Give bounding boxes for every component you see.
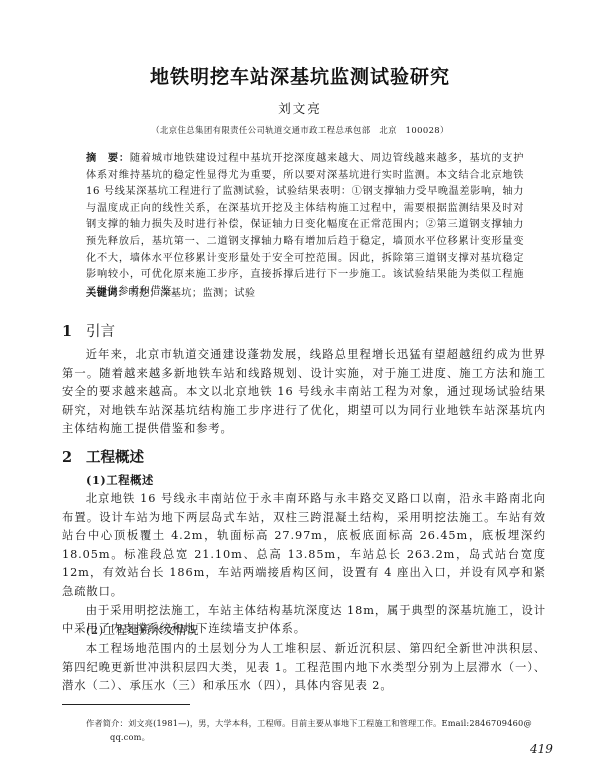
section-title: 工程概述 <box>86 450 144 466</box>
subsection-heading: (2)工程地质水文情况 <box>86 622 199 638</box>
footnote-continuation: qq.com。 <box>86 730 556 744</box>
author-affiliation: （北京住总集团有限责任公司轨道交通市政工程总承包部 北京 100028） <box>0 124 600 136</box>
section-number: 2 <box>62 449 86 466</box>
keywords: 关键词：明挖；深基坑；监测；试验 <box>86 284 524 299</box>
author-name: 刘文亮 <box>0 99 600 117</box>
section-heading-project-overview: 2工程概述 <box>62 446 144 467</box>
section-number: 1 <box>62 323 86 340</box>
footnote: 作者简介：刘文亮(1981—)，男，大学本科，工程师。目前主要从事地下工程施工和… <box>86 716 556 744</box>
paragraph: 北京地铁 16 号线永丰南站位于永丰南环路与永丰路交叉路口以南，沿永丰路南北向布… <box>62 490 546 602</box>
section-heading-introduction: 1引言 <box>62 320 115 341</box>
abstract-text: 随着城市地铁建设过程中基坑开挖深度越来越大、周边管线越来越多，基坑的支护体系对维… <box>86 153 524 297</box>
section-title: 引言 <box>86 324 115 340</box>
abstract-label: 摘 要： <box>86 153 130 164</box>
paragraph: 近年来，北京市轨道交通建设蓬勃发展，线路总里程增长迅猛有望超越纽约成为世界第一。… <box>62 346 546 439</box>
paragraph: 本工程场地范围内的土层划分为人工堆积层、新近沉积层、第四纪全新世冲洪积层、第四纪… <box>62 640 546 696</box>
introduction-body: 近年来，北京市轨道交通建设蓬勃发展，线路总里程增长迅猛有望超越纽约成为世界第一。… <box>62 346 546 439</box>
abstract: 摘 要：随着城市地铁建设过程中基坑开挖深度越来越大、周边管线越来越多，基坑的支护… <box>86 151 524 300</box>
project-overview-body: 北京地铁 16 号线永丰南站位于永丰南环路与永丰路交叉路口以南，沿永丰路南北向布… <box>62 490 546 639</box>
paper-title: 地铁明挖车站深基坑监测试验研究 <box>0 62 600 89</box>
page-number: 419 <box>530 742 553 756</box>
keywords-label: 关键词： <box>86 288 128 299</box>
keywords-text: 明挖；深基坑；监测；试验 <box>128 288 255 299</box>
subsection-heading: (1)工程概述 <box>86 472 154 488</box>
geology-body: 本工程场地范围内的土层划分为人工堆积层、新近沉积层、第四纪全新世冲洪积层、第四纪… <box>62 640 546 696</box>
footnote-text: 作者简介：刘文亮(1981—)，男，大学本科，工程师。目前主要从事地下工程施工和… <box>86 718 532 728</box>
footnote-divider <box>62 704 190 705</box>
